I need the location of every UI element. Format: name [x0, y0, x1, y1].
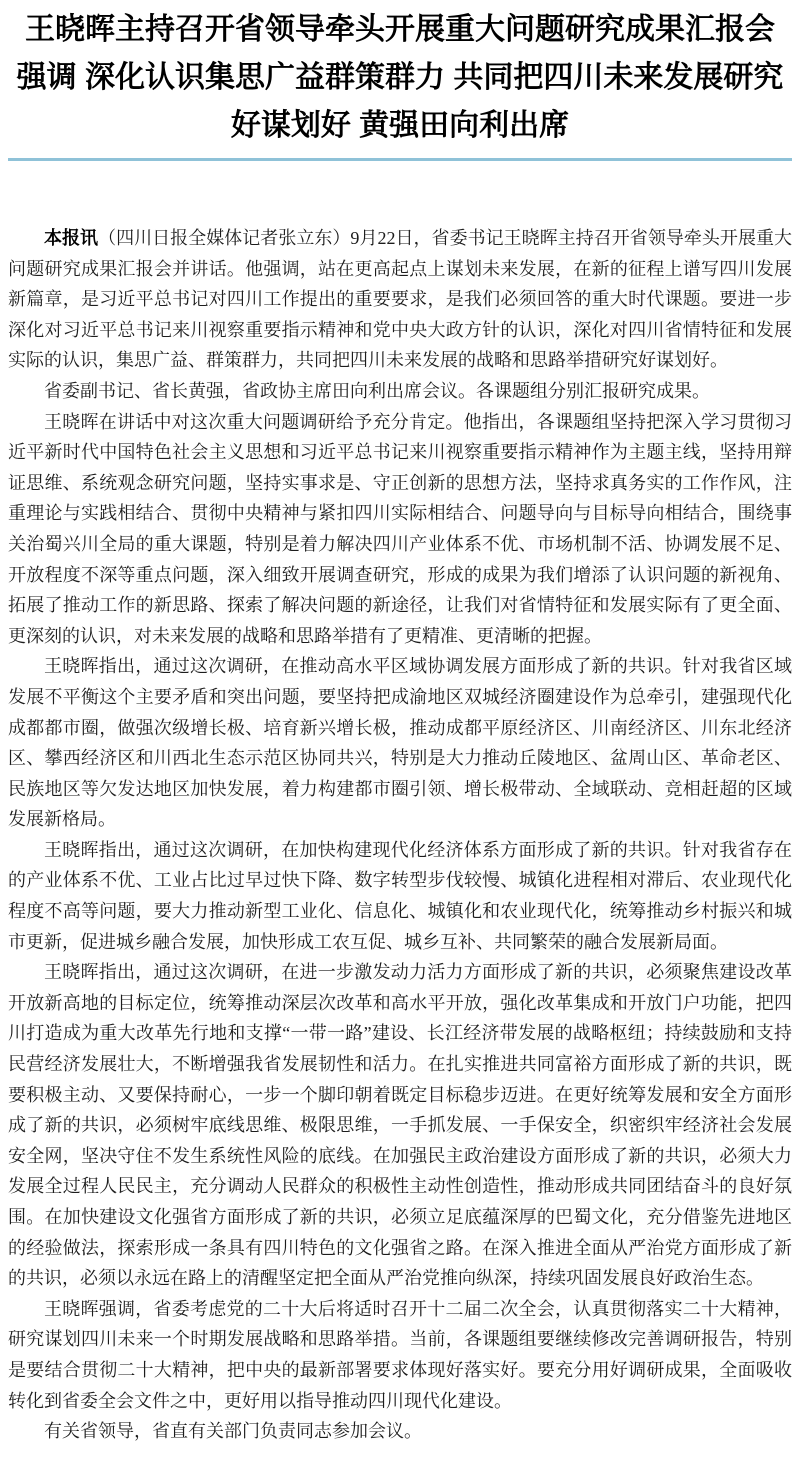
- article-paragraph: 王晓晖指出，通过这次调研，在推动高水平区域协调发展方面形成了新的共识。针对我省区…: [8, 651, 792, 835]
- title-divider: [8, 158, 792, 161]
- article-paragraph: 王晓晖在讲话中对这次重大问题调研给予充分肯定。他指出，各课题组坚持把深入学习贯彻…: [8, 407, 792, 652]
- article-paragraph: 王晓晖指出，通过这次调研，在加快构建现代化经济体系方面形成了新的共识。针对我省存…: [8, 835, 792, 957]
- article-paragraph: 王晓晖强调，省委考虑党的二十大后将适时召开十二届二次全会，认真贯彻落实二十大精神…: [8, 1294, 792, 1416]
- paragraph-text: （四川日报全媒体记者张立东）9月22日，省委书记王晓晖主持召开省领导牵头开展重大…: [8, 228, 792, 370]
- article-title: 王晓晖主持召开省领导牵头开展重大问题研究成果汇报会强调 深化认识集思广益群策群力…: [14, 6, 786, 150]
- article-paragraph: 有关省领导，省直有关部门负责同志参加会议。: [8, 1416, 792, 1447]
- lead-label: 本报讯: [44, 228, 98, 248]
- article-paragraph: 省委副书记、省长黄强，省政协主席田向利出席会议。各课题组分别汇报研究成果。: [8, 376, 792, 407]
- article-page: 王晓晖主持召开省领导牵头开展重大问题研究成果汇报会强调 深化认识集思广益群策群力…: [0, 6, 800, 1470]
- article-body: 本报讯（四川日报全媒体记者张立东）9月22日，省委书记王晓晖主持召开省领导牵头开…: [8, 223, 792, 1447]
- article-paragraph: 本报讯（四川日报全媒体记者张立东）9月22日，省委书记王晓晖主持召开省领导牵头开…: [8, 223, 792, 376]
- article-paragraph: 王晓晖指出，通过这次调研，在进一步激发动力活力方面形成了新的共识，必须聚焦建设改…: [8, 957, 792, 1294]
